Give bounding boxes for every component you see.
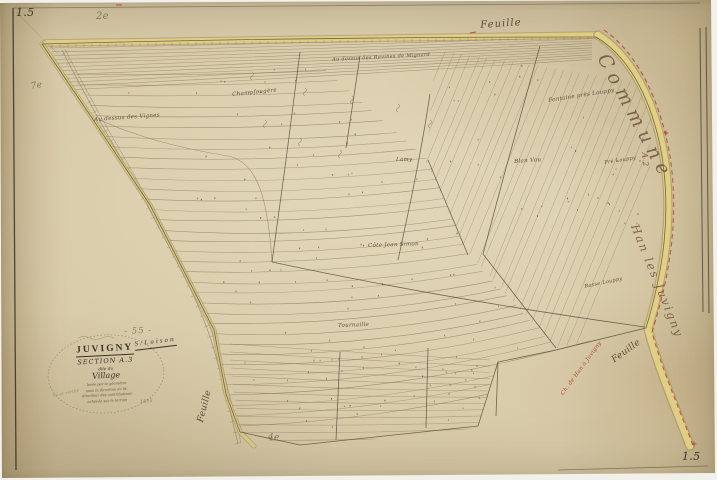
sheet-ref-a2: A 2 (640, 152, 650, 167)
lieu-dit-label: Tournaille (338, 322, 369, 329)
pencil-mark-top: 2e (96, 11, 109, 22)
scanned-cadastral-map-sheet: 1.5 1.5 2e 7e 4e - 55 - 1855 Vu et vérif… (0, 0, 717, 480)
sheet-number-top-left: 1.5 (16, 6, 34, 19)
pencil-archive-number: - 55 - (124, 326, 152, 337)
lieu-dit-label: Lamy (396, 157, 412, 163)
pencil-mark-left: 7e (30, 80, 43, 92)
sheet-number-bottom-right: 1.5 (682, 450, 700, 463)
pencil-mark-bottom: 4e (268, 433, 280, 443)
title-cartouche: JUVIGNY S/Loison SECTION A.3 dite du Vil… (49, 341, 164, 406)
